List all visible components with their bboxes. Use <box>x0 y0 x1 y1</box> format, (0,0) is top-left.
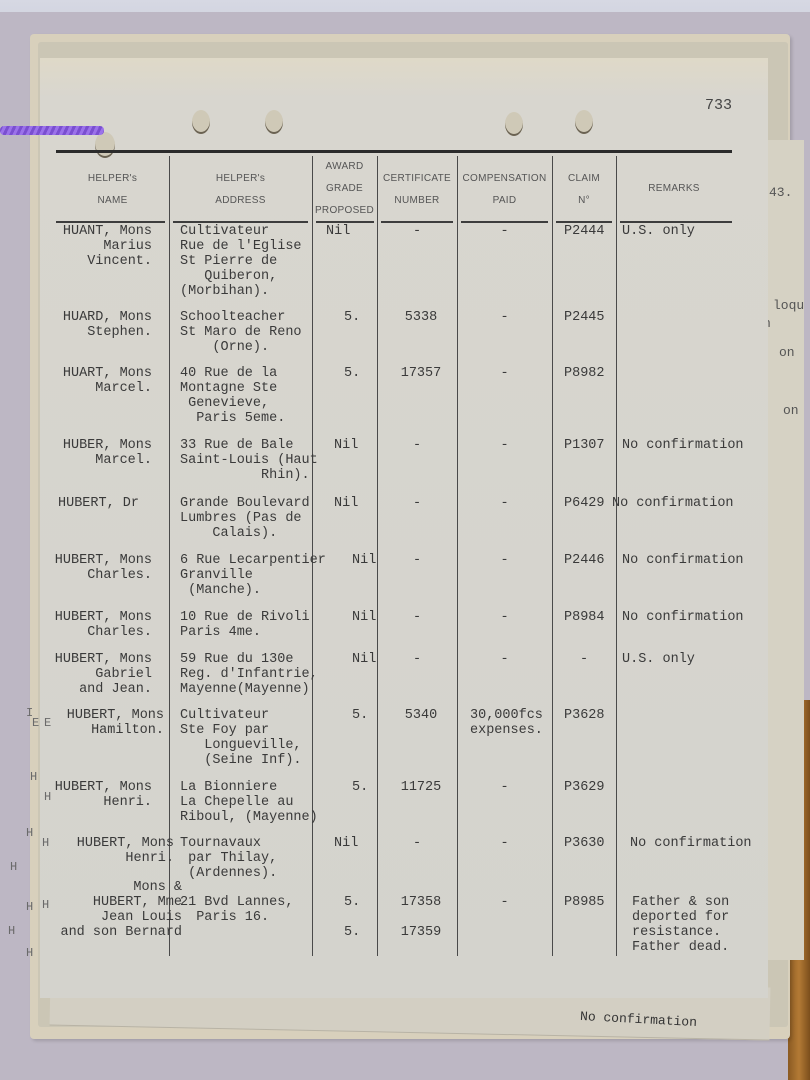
compensation-paid: - <box>457 610 552 625</box>
punch-hole <box>265 110 283 134</box>
certificate-number: - <box>377 652 457 667</box>
header-award-grade: AWARD GRADE PROPOSED <box>312 156 377 222</box>
certificate-number: 17357 <box>377 366 465 381</box>
award-grade: Nil <box>352 652 376 667</box>
helper-name: HUBERT, Mons Henri. <box>50 780 152 810</box>
compensation-paid: - <box>457 310 552 325</box>
claim-number: P3628 <box>564 708 605 723</box>
header-remarks: REMARKS <box>616 178 732 200</box>
header-rule <box>173 221 308 223</box>
certificate-number: 5340 <box>377 708 465 723</box>
certificate-number: 11725 <box>377 780 465 795</box>
award-grade: Nil <box>334 438 358 453</box>
award-grade: 5. <box>352 708 368 723</box>
claim-number: P8985 <box>564 880 605 910</box>
header-rule <box>620 221 732 223</box>
helper-name: HUBER, Mons Marcel. <box>50 438 152 468</box>
helper-name: HUBERT, Dr <box>58 496 139 511</box>
column-divider <box>552 156 553 956</box>
punch-hole <box>192 110 210 134</box>
helper-address: Cultivateur Rue de l'Eglise St Pierre de… <box>180 224 302 299</box>
helper-address: 6 Rue Lecarpentier Granville (Manche). <box>180 553 326 598</box>
claim-number: P2446 <box>564 553 605 568</box>
remarks: No confirmation <box>622 553 744 568</box>
helper-address: 40 Rue de la Montagne Ste Genevieve, Par… <box>180 366 285 426</box>
helper-name: HUARD, Mons Stephen. <box>50 310 152 340</box>
column-divider <box>616 156 617 956</box>
header-rule <box>461 221 548 223</box>
certificate-number: - <box>377 836 457 851</box>
certificate-number: - <box>377 224 457 239</box>
header-helper-address: HELPER's ADDRESS <box>169 168 312 212</box>
compensation-paid: - <box>457 224 552 239</box>
helper-address: La Bionniere La Chepelle au Riboul, (May… <box>180 780 318 825</box>
helper-name: HUBERT, Mons Hamilton. <box>50 708 164 738</box>
header-rule <box>381 221 453 223</box>
award-grade: 5. <box>344 366 360 381</box>
adjacent-fragment: 43. <box>769 185 792 200</box>
helper-address: Schoolteacher St Maro de Reno (Orne). <box>180 310 302 355</box>
claim-number: P2445 <box>564 310 605 325</box>
claim-number: P3630 <box>564 836 605 851</box>
compensation-paid: - <box>457 438 552 453</box>
compensation-paid: - <box>457 836 552 851</box>
punch-hole <box>505 112 523 136</box>
award-grade: 5. 5. <box>344 880 360 940</box>
helper-address: 33 Rue de Bale Saint-Louis (Haut Rhin). <box>180 438 318 483</box>
award-grade: Nil <box>326 224 350 239</box>
helper-address: Tournavaux par Thilay, (Ardennes). <box>180 836 277 881</box>
claim-number: - <box>552 652 616 667</box>
claim-number: P8984 <box>564 610 605 625</box>
helper-address: Grande Boulevard Lumbres (Pas de Calais)… <box>180 496 310 541</box>
award-grade: 5. <box>344 310 360 325</box>
punch-hole <box>575 110 593 134</box>
helper-name: HUBERT, Mons Henri. <box>50 836 174 866</box>
award-grade: Nil <box>352 553 376 568</box>
helper-name: HUBERT, Mons Gabriel and Jean. <box>50 652 152 697</box>
helper-name: HUBERT, Mons Charles. <box>50 553 152 583</box>
compensation-paid: - <box>457 366 552 381</box>
header-helper-name: HELPER's NAME <box>56 168 169 212</box>
compensation-paid: - <box>457 780 552 795</box>
header-compensation-paid: COMPENSATION PAID <box>457 168 552 212</box>
punch-hole-torn <box>95 132 115 158</box>
certificate-number: 17358 17359 <box>377 880 465 940</box>
header-claim-number: CLAIM N° <box>552 168 616 212</box>
table-top-rule <box>56 150 732 153</box>
helper-name: HUBERT, Mons Charles. <box>50 610 152 640</box>
remarks: No confirmation <box>612 496 734 511</box>
award-grade: Nil <box>334 496 358 511</box>
remarks: Father & son deported for resistance. Fa… <box>632 880 729 955</box>
remarks: No confirmation <box>622 610 744 625</box>
adjacent-fragment: on <box>779 345 795 360</box>
header-rule <box>56 221 165 223</box>
page-number: 733 <box>705 97 732 114</box>
certificate-number: 5338 <box>377 310 465 325</box>
binding-cord <box>0 126 104 135</box>
helper-address: Cultivateur Ste Foy par Longueville, (Se… <box>180 708 302 768</box>
helper-name: Mons & HUBERT, Mme Jean Louis and son Be… <box>50 880 182 940</box>
header-rule <box>556 221 612 223</box>
claim-number: P1307 <box>564 438 605 453</box>
header-rule <box>316 221 374 223</box>
header-certificate-number: CERTIFICATE NUMBER <box>377 168 457 212</box>
certificate-number: - <box>377 553 457 568</box>
remarks: U.S. only <box>622 652 695 667</box>
claim-number: P3629 <box>564 780 605 795</box>
award-grade: Nil <box>334 836 358 851</box>
compensation-paid: - <box>457 553 552 568</box>
certificate-number: - <box>377 610 457 625</box>
helper-address: 21 Bvd Lannes, Paris 16. <box>180 880 293 925</box>
compensation-paid: - <box>457 496 552 511</box>
helper-address: 10 Rue de Rivoli Paris 4me. <box>180 610 310 640</box>
award-grade: 5. <box>352 780 368 795</box>
compensation-paid: - <box>457 652 552 667</box>
claim-number: P2444 <box>564 224 605 239</box>
remarks: No confirmation <box>630 836 752 851</box>
adjacent-fragment: loqu <box>773 298 804 313</box>
remarks: No confirmation <box>622 438 744 453</box>
certificate-number: - <box>377 438 457 453</box>
certificate-number: - <box>377 496 457 511</box>
helper-name: HUART, Mons Marcel. <box>50 366 152 396</box>
adjacent-fragment: on <box>783 403 799 418</box>
compensation-paid: - <box>457 880 552 910</box>
remarks: U.S. only <box>622 224 695 239</box>
helper-name: HUANT, Mons Marius Vincent. <box>50 224 152 269</box>
claim-number: P8982 <box>564 366 605 381</box>
award-grade: Nil <box>352 610 376 625</box>
claim-number: P6429 <box>564 496 605 511</box>
helper-address: 59 Rue du 130e Reg. d'Infantrie, Mayenne… <box>180 652 318 697</box>
compensation-paid: 30,000fcs expenses. <box>470 708 543 738</box>
